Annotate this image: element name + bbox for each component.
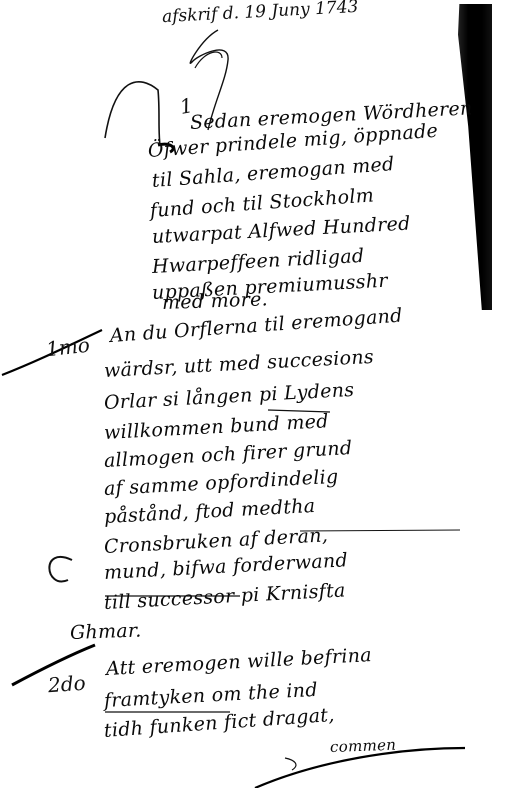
section-1mo-line-10: till successor pi Krnisfta [103,579,346,614]
section-2do-line-1: Att eremogen wille befrina [105,644,372,680]
section-2do-line-4: commen [330,736,397,756]
section-1mo-line-2: wärdsr, utt med succesions [103,346,374,382]
section-1-line-8: med more. [162,288,269,314]
section-1mo-line-7: påstånd, ftod medtha [103,495,315,528]
section-1mo-line-1: An du Orflerna til eremogand [109,305,403,347]
ink-smudge-edge [458,4,492,310]
manuscript-page: afskrif d. 19 Juny 1743 1 Sedan eremogen… [0,0,515,788]
section-marker-2do: 2do [47,671,86,698]
section-1mo-line-3: Orlar si lången pi Lydens [103,379,354,414]
section-1mo-line-11: Ghmar. [70,620,142,644]
section-marker-1mo: 1mo [45,333,91,361]
document-date-header: afskrif d. 19 Juny 1743 [162,0,359,27]
